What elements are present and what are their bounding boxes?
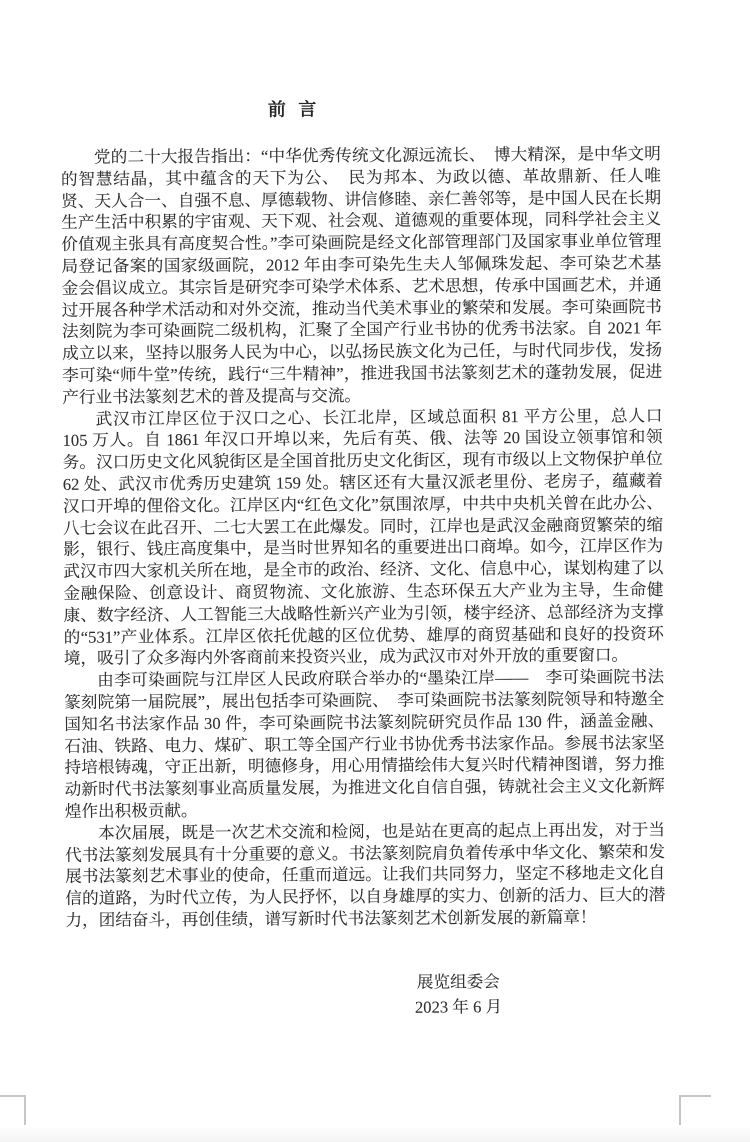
- paragraph-4: 本次届展，既是一次艺术交流和检阅，也是站在更高的起点上再出发，对于当代书法篆刻发…: [65, 819, 666, 932]
- scanned-text-block: 前 言 党的二十大报告指出：“中华优秀传统文化源远流长、 博大精深，是中华文明的…: [60, 0, 666, 1022]
- preface-title: 前 言: [0, 94, 593, 124]
- page-gap-strip: [0, 1127, 750, 1142]
- paragraph-2: 武汉市江岸区位于汉口之心、长江北岸，区域总面积 81 平方公里，总人口 105 …: [62, 405, 664, 670]
- signature-date: 2023 年 6 月: [356, 993, 561, 1019]
- page-boundary-corner-bottom-right-icon: [679, 1095, 681, 1125]
- page-boundary-corner-bottom-left-icon: [24, 1095, 26, 1125]
- paragraph-3: 由李可染画院与江岸区人民政府联合举办的“墨染江岸—— 李可染画院书法篆刻院第一届…: [64, 666, 665, 822]
- signature-block: 展览组委会 2023 年 6 月: [356, 968, 561, 1019]
- page-boundary-corner-bottom-left-icon: [0, 1095, 26, 1097]
- document-page: 前 言 党的二十大报告指出：“中华优秀传统文化源远流长、 博大精深，是中华文明的…: [0, 0, 750, 1142]
- signature-committee: 展览组委会: [356, 968, 561, 994]
- paragraph-1: 党的二十大报告指出：“中华优秀传统文化源远流长、 博大精深，是中华文明的智慧结晶…: [61, 143, 663, 408]
- page-boundary-corner-bottom-right-icon: [680, 1095, 711, 1097]
